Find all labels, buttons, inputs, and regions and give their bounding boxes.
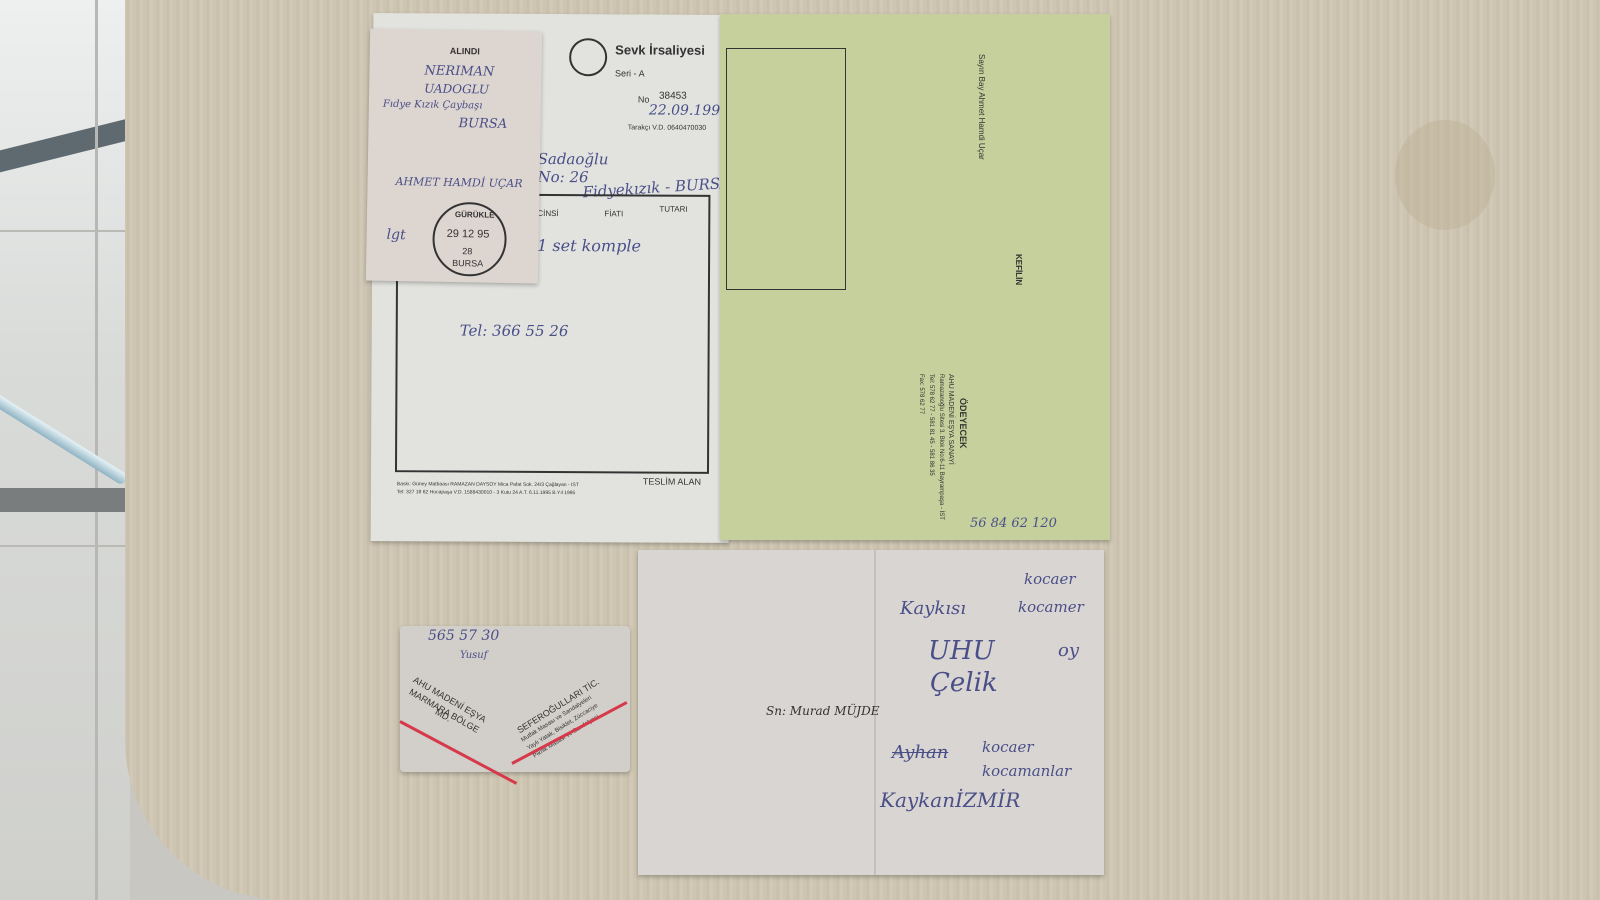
green-promissory-form: Sayın Bay Ahmet Hamdi Uçar ÖDEYECEK KEFİ… xyxy=(720,14,1110,540)
waybill-number: 38453 xyxy=(659,91,687,102)
note-oy: oy xyxy=(1058,640,1079,661)
stamp-office: GÜRÜKLE xyxy=(455,210,495,220)
receipt-surname: UADOGLU xyxy=(424,81,489,96)
col-header-cinsi: CİNSİ xyxy=(537,209,558,218)
waybill-series: Seri - A xyxy=(615,68,645,78)
receipt-address: Fıdye Kızık Çaybaşı xyxy=(383,99,483,112)
customer-name: Sadaoğlu xyxy=(538,150,609,168)
phone-note: Tel: 366 55 26 xyxy=(460,322,569,341)
business-card: 565 57 30 Yusuf AHU MADENİ EŞYA MARMARA … xyxy=(400,626,630,772)
receipt-name: NERIMAN xyxy=(424,63,494,79)
note-kaykisi: Kaykısı xyxy=(900,598,966,619)
waybill-date: 22.09.1995 xyxy=(649,103,729,119)
receipt-sender: AHMET HAMDİ UÇAR xyxy=(395,175,522,190)
company-fax: Fax: 578 62 77 xyxy=(918,374,924,414)
footer-teslim-alan: TESLİM ALAN xyxy=(643,476,701,486)
note-kocaer-2: kocaer xyxy=(982,738,1034,756)
stamp-code: 28 xyxy=(462,246,472,256)
printer-line-1: Baskı: Güney Matbaası RAMAZAN DAYSOY Mic… xyxy=(397,481,579,488)
note-ayhan: Ayhan xyxy=(892,742,948,763)
company-address: Ramazanoğlu Sitesi 3. Blok No:6-11 Bayra… xyxy=(938,374,944,520)
envelope-recipient: Sn: Murad MÜJDE xyxy=(766,704,879,718)
metal-bar xyxy=(0,488,130,512)
envelope: Sn: Murad MÜJDE Kaykısı kocaer kocamer U… xyxy=(638,550,1104,875)
printer-line-2: Tel: 327 18 62 Hocapaşa V.D. 1588430010 … xyxy=(397,489,575,496)
stamp-city: BURSA xyxy=(452,258,483,269)
card-phone: 565 57 30 xyxy=(428,628,499,644)
stamp-date: 29 12 95 xyxy=(447,228,490,241)
customer-no: No: 26 xyxy=(537,168,588,186)
floor-background xyxy=(0,0,130,900)
receipt-fee: lgt xyxy=(386,227,405,243)
stair-ledge xyxy=(0,118,130,172)
receipt-city: BURSA xyxy=(458,116,507,132)
col-header-fiati: FİATI xyxy=(604,209,623,218)
receipt-title: ALINDI xyxy=(450,46,480,57)
form-grid xyxy=(726,48,846,290)
note-celik: Çelik xyxy=(930,668,998,698)
company-name: AHU MADENİ EŞYA SANAYİ xyxy=(947,374,954,465)
item-line: 1 set komple xyxy=(537,236,641,256)
tile-line xyxy=(0,545,130,547)
note-kocaer: kocaer xyxy=(1024,570,1076,588)
postal-receipt: ALINDI NERIMAN UADOGLU Fıdye Kızık Çayba… xyxy=(366,29,542,284)
waybill-title: Sevk İrsaliyesi xyxy=(615,42,705,57)
tile-line xyxy=(95,0,98,900)
company-phone: Tel: 578 62 77 - 581 81 45 - 581 86 35 xyxy=(928,374,934,476)
table-stain xyxy=(1395,120,1495,230)
note-kocamer: kocamer xyxy=(1018,598,1084,616)
metal-handrail xyxy=(0,391,129,486)
handwritten-number: 56 84 62 120 xyxy=(970,516,1057,531)
seal-icon xyxy=(569,38,607,76)
recipient-line: Sayın Bay Ahmet Hamdi Uçar xyxy=(977,54,986,160)
tile-line xyxy=(0,230,130,232)
waybill-number-label: No xyxy=(638,94,650,104)
card-note: Yusuf xyxy=(460,650,487,661)
label-kefilin: KEFİLİN xyxy=(1014,254,1023,285)
note-uhu: UHU xyxy=(928,636,995,666)
note-kaykan-izmir: KaykanİZMİR xyxy=(880,788,1020,812)
tax-office: Tarakçı V.D. 0640470030 xyxy=(628,124,706,131)
label-odeyecek: ÖDEYECEK xyxy=(958,398,968,449)
col-header-tutari: TUTARI xyxy=(659,205,687,214)
note-kocamanlar: kocamanlar xyxy=(982,762,1071,780)
